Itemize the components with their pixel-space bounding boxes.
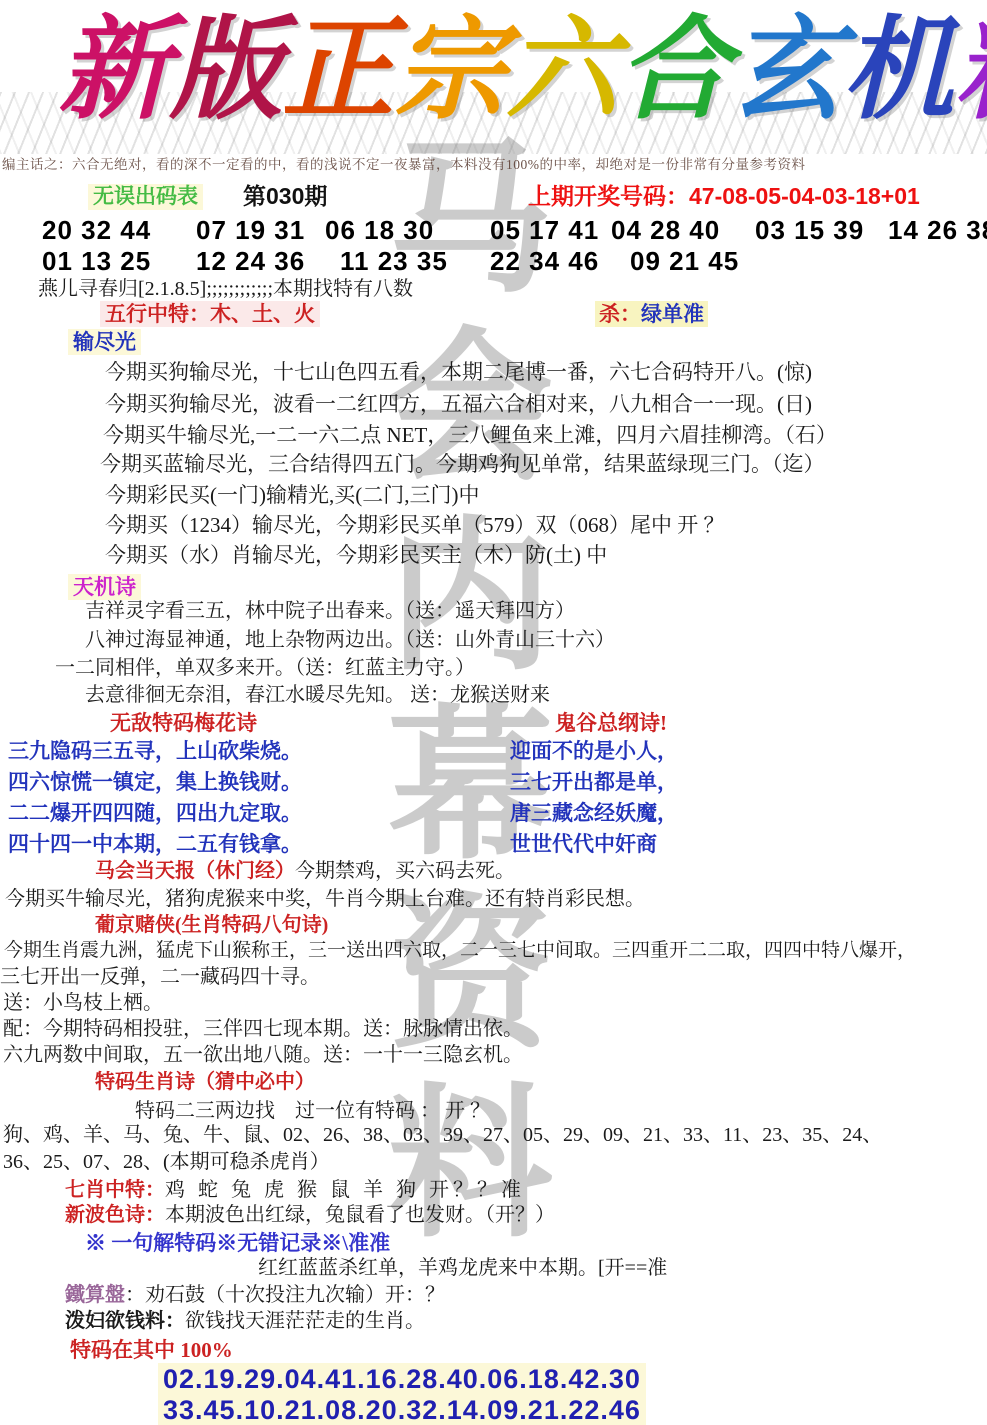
- code-group: 11 23 35: [340, 247, 448, 277]
- kill-label: 杀：: [599, 302, 641, 326]
- qixiao-text: 鸡 蛇 兔 虎 猴 鼠 羊 狗 开？？准: [165, 1179, 525, 1201]
- code-group: 20 32 44: [42, 216, 151, 246]
- poem-line: 今期生肖震九洲，猛虎下山猴称王，三一送出四六取，二一三七中间取。三四重开二二取，…: [4, 940, 916, 962]
- poem-line: 八神过海显神通，地上杂物两边出。（送：山外青山三十六）: [85, 629, 615, 652]
- title-char: 六: [506, 0, 618, 143]
- poem-line: 三九隐码三五寻，上山砍柴烧。: [8, 739, 302, 763]
- tema-numbers-line: 33.45.10.21.08.20.32.14.09.21.22.46: [158, 1394, 646, 1425]
- title-char: 合: [618, 0, 730, 143]
- code-group: 01 13 25: [42, 247, 151, 277]
- last-draw-numbers: 上期开奖号码：47-08-05-04-03-18+01: [528, 183, 920, 209]
- xinbose-line: 新波色诗：本期波色出红绿，兔鼠看了也发财。（开？）: [65, 1204, 555, 1227]
- xinbose-label: 新波色诗：: [65, 1204, 165, 1226]
- code-group: 09 21 45: [630, 247, 739, 277]
- honghong-line: 红红蓝蓝杀红单，羊鸡龙虎来中本期。[开==准: [258, 1257, 667, 1280]
- tiesuan-text: ：劝石鼓（十次投注九次输）开：？: [125, 1284, 445, 1306]
- mahui-report-line: 马会当天报（休门经）今期禁鸡，买六码去死。: [95, 860, 515, 883]
- poem-line: 四六惊慌一镇定，集上换钱财。: [8, 770, 302, 794]
- title-char: 玄: [730, 0, 842, 143]
- section-heading-shujinguang: 输尽光: [68, 329, 141, 355]
- code-group: 03 15 39: [755, 216, 864, 246]
- liujiu-line: 六九两数中间取，五一欲出地八随。送：一十一三隐玄机。: [3, 1044, 523, 1067]
- poem-line: 一二同相伴，单双多来开。（送：红蓝主力守。）: [55, 657, 475, 680]
- editor-note: 编主话之：六合无绝对，看的深不一定看的中，看的浅说不定一夜暴富，本料没有100%…: [2, 157, 806, 173]
- title-char: 宗: [394, 0, 506, 143]
- poem-line: 三七开出一反弹，二一藏码四十寻。: [0, 966, 320, 989]
- mahui-label: 马会当天报（休门经）: [95, 860, 295, 882]
- mahui-text: 今期禁鸡，买六码去死。: [295, 860, 515, 882]
- title-char: 机: [842, 0, 954, 143]
- tema-numbers-line: 02.19.29.04.41.16.28.40.06.18.42.30: [158, 1363, 646, 1396]
- song-line: 送：小鸟枝上栖。: [3, 992, 163, 1015]
- five-elements-line: 五行中特：木、土、火: [100, 301, 320, 327]
- title-char: 新: [58, 0, 170, 143]
- poem-line: 今期买（1234）输尽光，今期彩民买单（579）双（068）尾中 开 ？: [105, 513, 725, 537]
- poem-line: 世世代代中奸商: [510, 832, 657, 856]
- poem-line: 今期买（水）肖输尽光，今期彩民买主（木）防(土) 中: [105, 543, 607, 567]
- code-group: 05 17 41: [490, 216, 599, 246]
- title-char: 版: [170, 0, 282, 143]
- poem-line: 迎面不的是小人，: [510, 739, 678, 763]
- qixiao-line: 七肖中特：鸡 蛇 兔 虎 猴 鼠 羊 狗 开？？准: [65, 1179, 525, 1202]
- zodiac-number-line: 36、25、07、28、(本期可稳杀虎肖）: [3, 1151, 330, 1174]
- poem-line: 今期买牛输尽光,一二一六二点 NET，三八鲤鱼来上滩，四月六眉挂柳湾。（石）: [103, 423, 837, 447]
- zodiac-number-line: 狗、鸡、羊、马、兔、牛、鼠、02、26、38、03、39、27、05、29、09…: [3, 1124, 882, 1147]
- poem-line: 去意徘徊无奈泪，春江水暖尽先知。 送：龙猴送财来: [85, 684, 550, 707]
- pei-line: 配：今期特码相投驻，三伴四七现本期。送：脉脉情出依。: [3, 1018, 523, 1041]
- xinbose-text: 本期波色出红绿，兔鼠看了也发财。（开？）: [165, 1204, 555, 1226]
- section-heading-pujing: 葡京赌侠(生肖特码八句诗): [95, 914, 328, 937]
- code-group: 04 28 40: [611, 216, 720, 246]
- section-heading-guigu: 鬼谷总纲诗!: [555, 711, 667, 735]
- poem-line: 吉祥灵字看三五，林中院子出春来。（送：遥天拜四方）: [85, 600, 575, 623]
- poem-line: 四十四一中本期，二五有钱拿。: [8, 832, 302, 856]
- poem-line: 今期买狗输尽光，波看一二红四方，五福六合相对来，八九相合一一现。(日): [105, 392, 812, 416]
- page-title: 新 版 正 宗 六 合 玄 机 料: [58, 0, 938, 150]
- code-group: 06 18 30: [325, 216, 434, 246]
- poem-line: 三七开出都是单，: [510, 770, 678, 794]
- poem-line: 唐三藏念经妖魔，: [510, 801, 678, 825]
- poem-line: 今期彩民买(一门)输精光,买(二门,三门)中: [105, 483, 479, 507]
- issue-number: 第030期: [243, 183, 327, 209]
- section-heading-shengxiao: 特码生肖诗（猜中必中）: [95, 1071, 315, 1094]
- kill-value: 绿单准: [641, 302, 704, 326]
- title-char: 正: [282, 0, 394, 143]
- tema-heading: 特码在其中 100%: [70, 1338, 233, 1362]
- tiesuan-line: 鐵算盤：劝石鼓（十次投注九次输）开：？: [65, 1284, 445, 1307]
- code-group: 14 26 38: [888, 216, 987, 246]
- code-group: 07 19 31: [196, 216, 305, 246]
- title-char: 料: [954, 0, 987, 143]
- pofu-label: 泼妇欲钱料：: [65, 1310, 185, 1332]
- lottery-tip-sheet: 马 会 内 幕 资 料 新 版 正 宗 六 合 玄 机 料 编主话之：六合无绝对…: [0, 0, 987, 1425]
- yiju-heading: ※ 一句解特码※无错记录※\准准: [85, 1231, 390, 1255]
- swallow-hint-line: 燕儿寻春归[2.1.8.5];;;;;;;;;;;;本期找特有八数: [38, 278, 413, 301]
- qixiao-label: 七肖中特：: [65, 1179, 165, 1201]
- poem-line: 二二爆开四四随，四出九定取。: [8, 801, 302, 825]
- pofu-line: 泼妇欲钱料：欲钱找天涯茫茫走的生肖。: [65, 1310, 425, 1333]
- poem-line: 今期买蓝输尽光，三合结得四五门。今期鸡狗见单常，结果蓝绿现三门。（迄）: [100, 452, 825, 476]
- pofu-text: 欲钱找天涯茫茫走的生肖。: [185, 1310, 425, 1332]
- section-heading-tianjishi: 天机诗: [68, 574, 141, 600]
- tiesuan-label: 鐵算盤: [65, 1284, 125, 1306]
- section-heading-meihua: 无敌特码梅花诗: [110, 711, 257, 735]
- poem-line: 今期买狗输尽光，十七山色四五看，本期二尾博一番，六七合码特开八。(惊): [105, 360, 812, 384]
- code-group: 22 34 46: [490, 247, 599, 277]
- kill-line: 杀：绿单准: [595, 301, 708, 327]
- code-group: 12 24 36: [196, 247, 305, 277]
- code-table-label: 无误出码表: [88, 184, 203, 210]
- shengxiao-line: 特码二三两边找 过一位有特码 ： 开 ？: [135, 1100, 490, 1123]
- niu-line: 今期买牛输尽光，猪狗虎猴来中奖，牛肖今期上台难。还有特肖彩民想。: [5, 888, 645, 911]
